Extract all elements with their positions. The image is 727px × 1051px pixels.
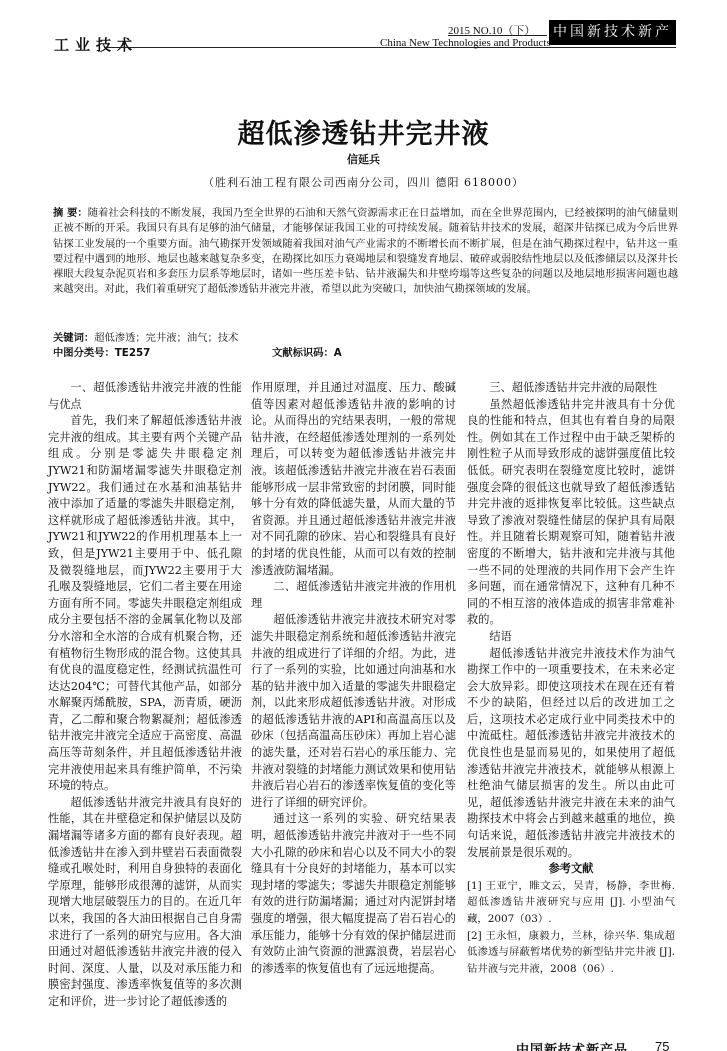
clc-value: TE257	[115, 347, 151, 359]
keywords: 关键词：超低渗透；完井液；油气；技术	[53, 329, 238, 344]
section-label: 工业技术	[54, 34, 138, 55]
references-heading: 参考文献	[467, 861, 675, 878]
section-heading: 一、超低渗透钻井液完井液的性能与优点	[48, 380, 242, 413]
paragraph: 首先，我们来了解超低渗透钻井液完井液的组成。其主要有两个关键产品组成。分别是零滤…	[48, 413, 242, 795]
paragraph: 通过这一系列的实验、研究结果表明，超低渗透钻井液完井液对于一些不同大小孔隙的砂床…	[251, 811, 456, 977]
abstract-text: 随着社会科技的不断发展，我国乃至全世界的石油和天然气资源需求正在日益增加，而在全…	[53, 207, 678, 295]
reference-item: [1] 王亚宁，睢文云，吴青，杨静，李世梅. 超低渗透钻井液研究与应用 [J].…	[467, 878, 675, 928]
paragraph: 虽然超低渗透钻井完井液具有十分优良的性能和特点，但其也有着自身的局限性。例如其在…	[467, 397, 675, 629]
document-code: 文献标识码：A	[272, 344, 342, 359]
page-number: 75	[655, 1039, 669, 1051]
section-heading: 二、超低渗透钻井液完井液的作用机理	[251, 579, 456, 612]
journal-banner: 中国新技术新产品	[549, 20, 676, 45]
paragraph: 超低渗透钻井液完井液技术作为油气勘探工作中的一项重要技术，在未来必定会大放异彩。…	[467, 646, 675, 862]
abstract: 摘 要：随着社会科技的不断发展，我国乃至全世界的石油和天然气资源需求正在日益增加…	[53, 206, 678, 298]
paragraph: 超低渗透钻井液完井液技术研究对零滤失井眼稳定剂系统和超低渗透钻井液完井液的组成进…	[251, 612, 456, 811]
paragraph: 超低渗透钻井液完井液具有良好的性能，其在井壁稳定和保护储层以及防漏堵漏等诸多方面…	[48, 795, 242, 1011]
conclusion-heading: 结语	[467, 629, 675, 646]
article-author: 信延兵	[0, 151, 727, 167]
keywords-label: 关键词：	[53, 332, 94, 344]
reference-item: [2] 王永恒，康毅力，兰林，徐兴华. 集成超低渗透与屏蔽暂堵优势的新型钻井完井…	[467, 928, 675, 978]
classification-number: 中图分类号：TE257	[53, 344, 150, 359]
doc-code-value: A	[334, 347, 342, 359]
clc-label: 中图分类号：	[53, 347, 115, 359]
keywords-text: 超低渗透；完井液；油气；技术	[94, 332, 238, 344]
section-heading: 三、超低渗透钻井完井液的局限性	[467, 380, 675, 397]
body-column-2: 作用原理，并且通过对温度、压力、酸碱值等因素对超低渗透钻井液的影响的讨论。从而得…	[251, 380, 456, 977]
doc-code-label: 文献标识码：	[272, 347, 334, 359]
footer-journal-name: 中国新技术新产品	[516, 1039, 628, 1051]
journal-english-name: China New Technologies and Products	[380, 37, 551, 49]
issue-underline	[448, 35, 547, 36]
article-affiliation: （胜利石油工程有限公司西南分公司，四川 德阳 618000）	[0, 174, 727, 190]
body-column-3: 三、超低渗透钻井完井液的局限性 虽然超低渗透钻井完井液具有十分优良的性能和特点，…	[467, 380, 675, 977]
body-column-1: 一、超低渗透钻井液完井液的性能与优点 首先，我们来了解超低渗透钻井液完井液的组成…	[48, 380, 242, 1011]
abstract-label: 摘 要：	[53, 207, 88, 219]
paragraph-continued: 作用原理，并且通过对温度、压力、酸碱值等因素对超低渗透钻井液的影响的讨论。从而得…	[251, 380, 456, 579]
article-title: 超低渗透钻井完井液	[0, 112, 727, 151]
